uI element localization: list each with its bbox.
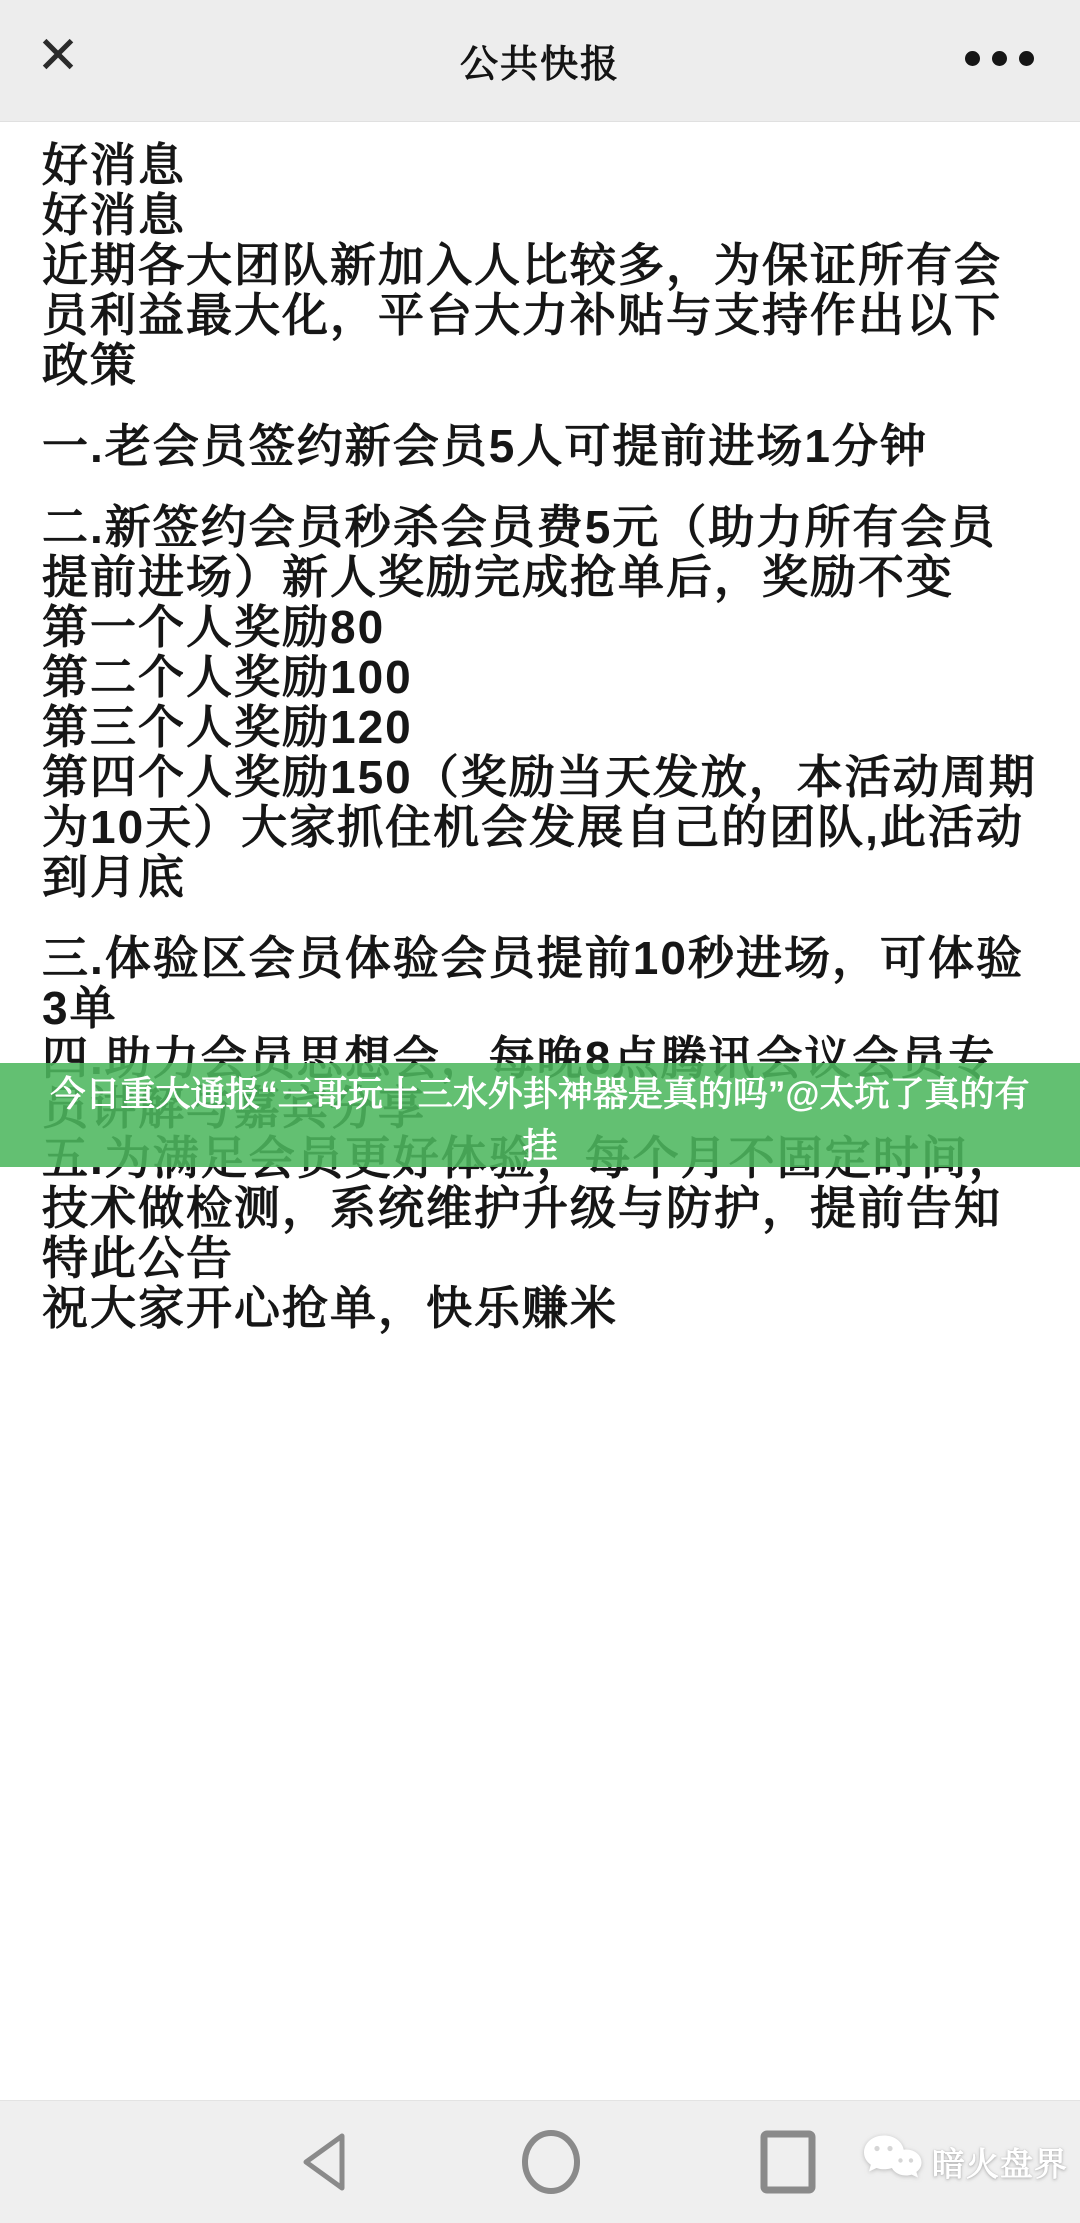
title-bar: ✕ 公共快报: [0, 0, 1080, 122]
announcement-line: 第二个人奖励100: [42, 652, 1042, 702]
more-dot: [1019, 51, 1034, 66]
more-dot: [992, 51, 1007, 66]
recents-square-icon[interactable]: [743, 2117, 833, 2207]
watermark-text: 暗火盘界: [932, 2139, 1068, 2186]
announcement-line: 近期各大团队新加入人比较多，为保证所有会员利益最大化，平台大力补贴与支持作出以下…: [42, 240, 1042, 390]
page-title: 公共快报: [0, 33, 1080, 88]
back-icon[interactable]: [278, 2117, 368, 2207]
announcement-line: 好消息: [42, 190, 1042, 240]
announcement-line: 第四个人奖励150（奖励当天发放，本活动周期为10天）大家抓住机会发展自己的团队…: [42, 752, 1042, 902]
watermark: 暗火盘界: [862, 2134, 1068, 2191]
home-circle-icon[interactable]: [506, 2117, 596, 2207]
overlay-banner: 今日重大通报“三哥玩十三水外卦神器是真的吗”@太坑了真的有 挂: [0, 1063, 1080, 1167]
more-dot: [965, 51, 980, 66]
announcement-line: 特此公告: [42, 1233, 1042, 1283]
announcement-line: 一.老会员签约新会员5人可提前进场1分钟: [42, 421, 1042, 471]
announcement-line: 好消息: [42, 140, 1042, 190]
android-nav-bar: 暗火盘界: [0, 2100, 1080, 2223]
announcement-line: 第三个人奖励120: [42, 702, 1042, 752]
more-menu-icon[interactable]: [959, 36, 1040, 80]
app-screen: ✕ 公共快报 好消息 好消息 近期各大团队新加入人比较多，为保证所有会员利益最大…: [0, 0, 1080, 2223]
wechat-bubbles-icon: [862, 2134, 924, 2191]
close-icon[interactable]: ✕: [26, 24, 90, 88]
announcement-line: 三.体验区会员体验会员提前10秒进场，可体验3单: [42, 933, 1042, 1033]
announcement-line: 祝大家开心抢单，快乐赚米: [42, 1283, 1042, 1333]
announcement-line: 第一个人奖励80: [42, 602, 1042, 652]
overlay-banner-text-wrap: 挂: [522, 1119, 557, 1169]
overlay-banner-text: 今日重大通报“三哥玩十三水外卦神器是真的吗”@太坑了真的有: [50, 1067, 1029, 1117]
announcement-line: 二.新签约会员秒杀会员费5元（助力所有会员提前进场）新人奖励完成抢单后，奖励不变: [42, 502, 1042, 602]
